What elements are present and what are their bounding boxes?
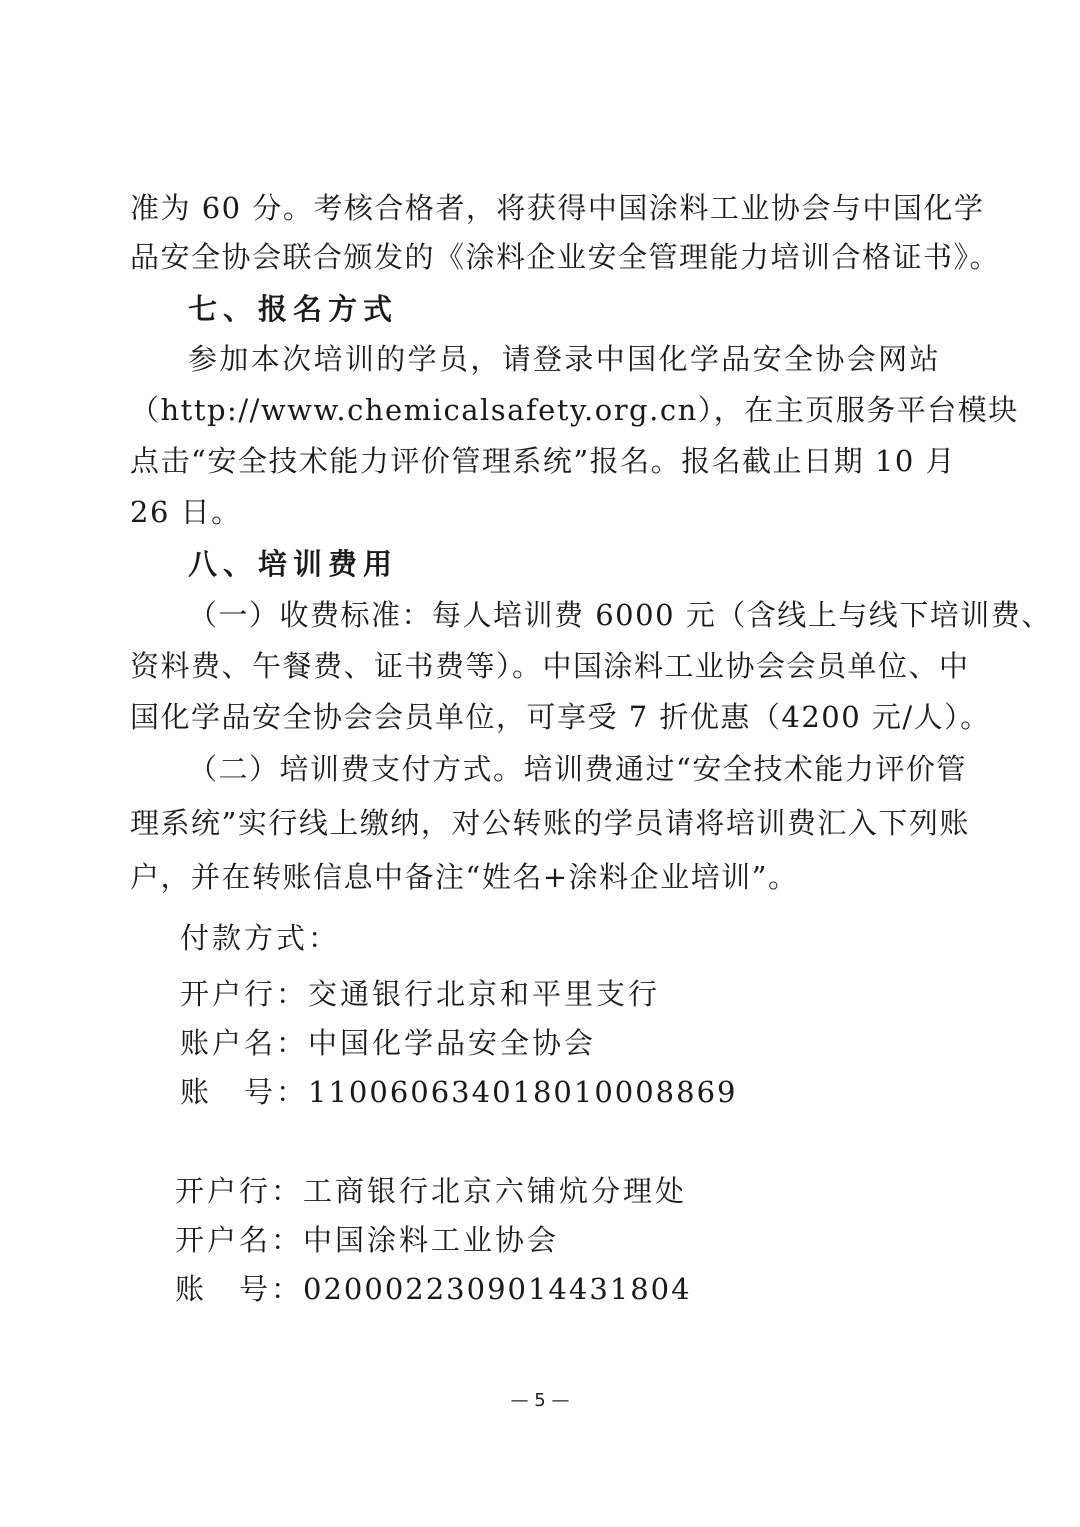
paragraph-line-url: （http://www.chemicalsafety.org.cn），在主页服务… (130, 390, 940, 430)
paragraph-line: 国化学品安全协会会员单位，可享受 7 折优惠（4200 元/人）。 (130, 697, 940, 737)
paragraph-line: 26 日。 (130, 492, 940, 532)
account-number-row: 账 号：0200022309014431804 (175, 1269, 985, 1309)
section-heading-fees: 八、培训费用 (188, 544, 998, 584)
account-number-value: 110060634018010008869 (308, 1075, 737, 1109)
paragraph-line: 品安全协会联合颁发的《涂料企业安全管理能力培训合格证书》。 (130, 237, 940, 277)
paragraph-line: 资料费、午餐费、证书费等）。中国涂料工业协会会员单位、中 (130, 646, 940, 686)
account-name-label: 开户名： (175, 1223, 303, 1257)
payment-method-label: 付款方式： (180, 918, 990, 958)
paragraph-line: 户，并在转账信息中备注“姓名+涂料企业培训”。 (130, 857, 940, 897)
account-name-value: 中国化学品安全协会 (308, 1026, 596, 1060)
account-name-value: 中国涂料工业协会 (303, 1223, 559, 1257)
paragraph-line: 理系统”实行线上缴纳，对公转账的学员请将培训费汇入下列账 (130, 803, 940, 843)
paragraph-line: （二）培训费支付方式。培训费通过“安全技术能力评价管 (188, 749, 940, 789)
bank-label: 开户行： (175, 1174, 303, 1208)
account-name-row: 开户名：中国涂料工业协会 (175, 1220, 985, 1260)
paragraph-line: （一）收费标准：每人培训费 6000 元（含线上与线下培训费、 (188, 595, 940, 635)
section-heading-registration: 七、报名方式 (188, 289, 998, 329)
bank-row: 开户行：工商银行北京六铺炕分理处 (175, 1171, 985, 1211)
account-number-label: 账 号： (175, 1272, 303, 1306)
paragraph-line: 参加本次培训的学员，请登录中国化学品安全协会网站 (188, 339, 940, 379)
bank-label: 开户行： (180, 977, 308, 1011)
account-number-row: 账 号：110060634018010008869 (180, 1072, 990, 1112)
page-number: — 5 — (0, 1390, 1080, 1411)
account-number-label: 账 号： (180, 1075, 308, 1109)
paragraph-line: 准为 60 分。考核合格者，将获得中国涂料工业协会与中国化学 (130, 188, 940, 228)
bank-row: 开户行：交通银行北京和平里支行 (180, 974, 990, 1014)
paragraph-line: 点击“安全技术能力评价管理系统”报名。报名截止日期 10 月 (130, 441, 940, 481)
account-number-value: 0200022309014431804 (303, 1272, 692, 1306)
account-name-row: 账户名：中国化学品安全协会 (180, 1023, 990, 1063)
account-name-label: 账户名： (180, 1026, 308, 1060)
bank-value: 交通银行北京和平里支行 (308, 977, 660, 1011)
bank-value: 工商银行北京六铺炕分理处 (303, 1174, 687, 1208)
